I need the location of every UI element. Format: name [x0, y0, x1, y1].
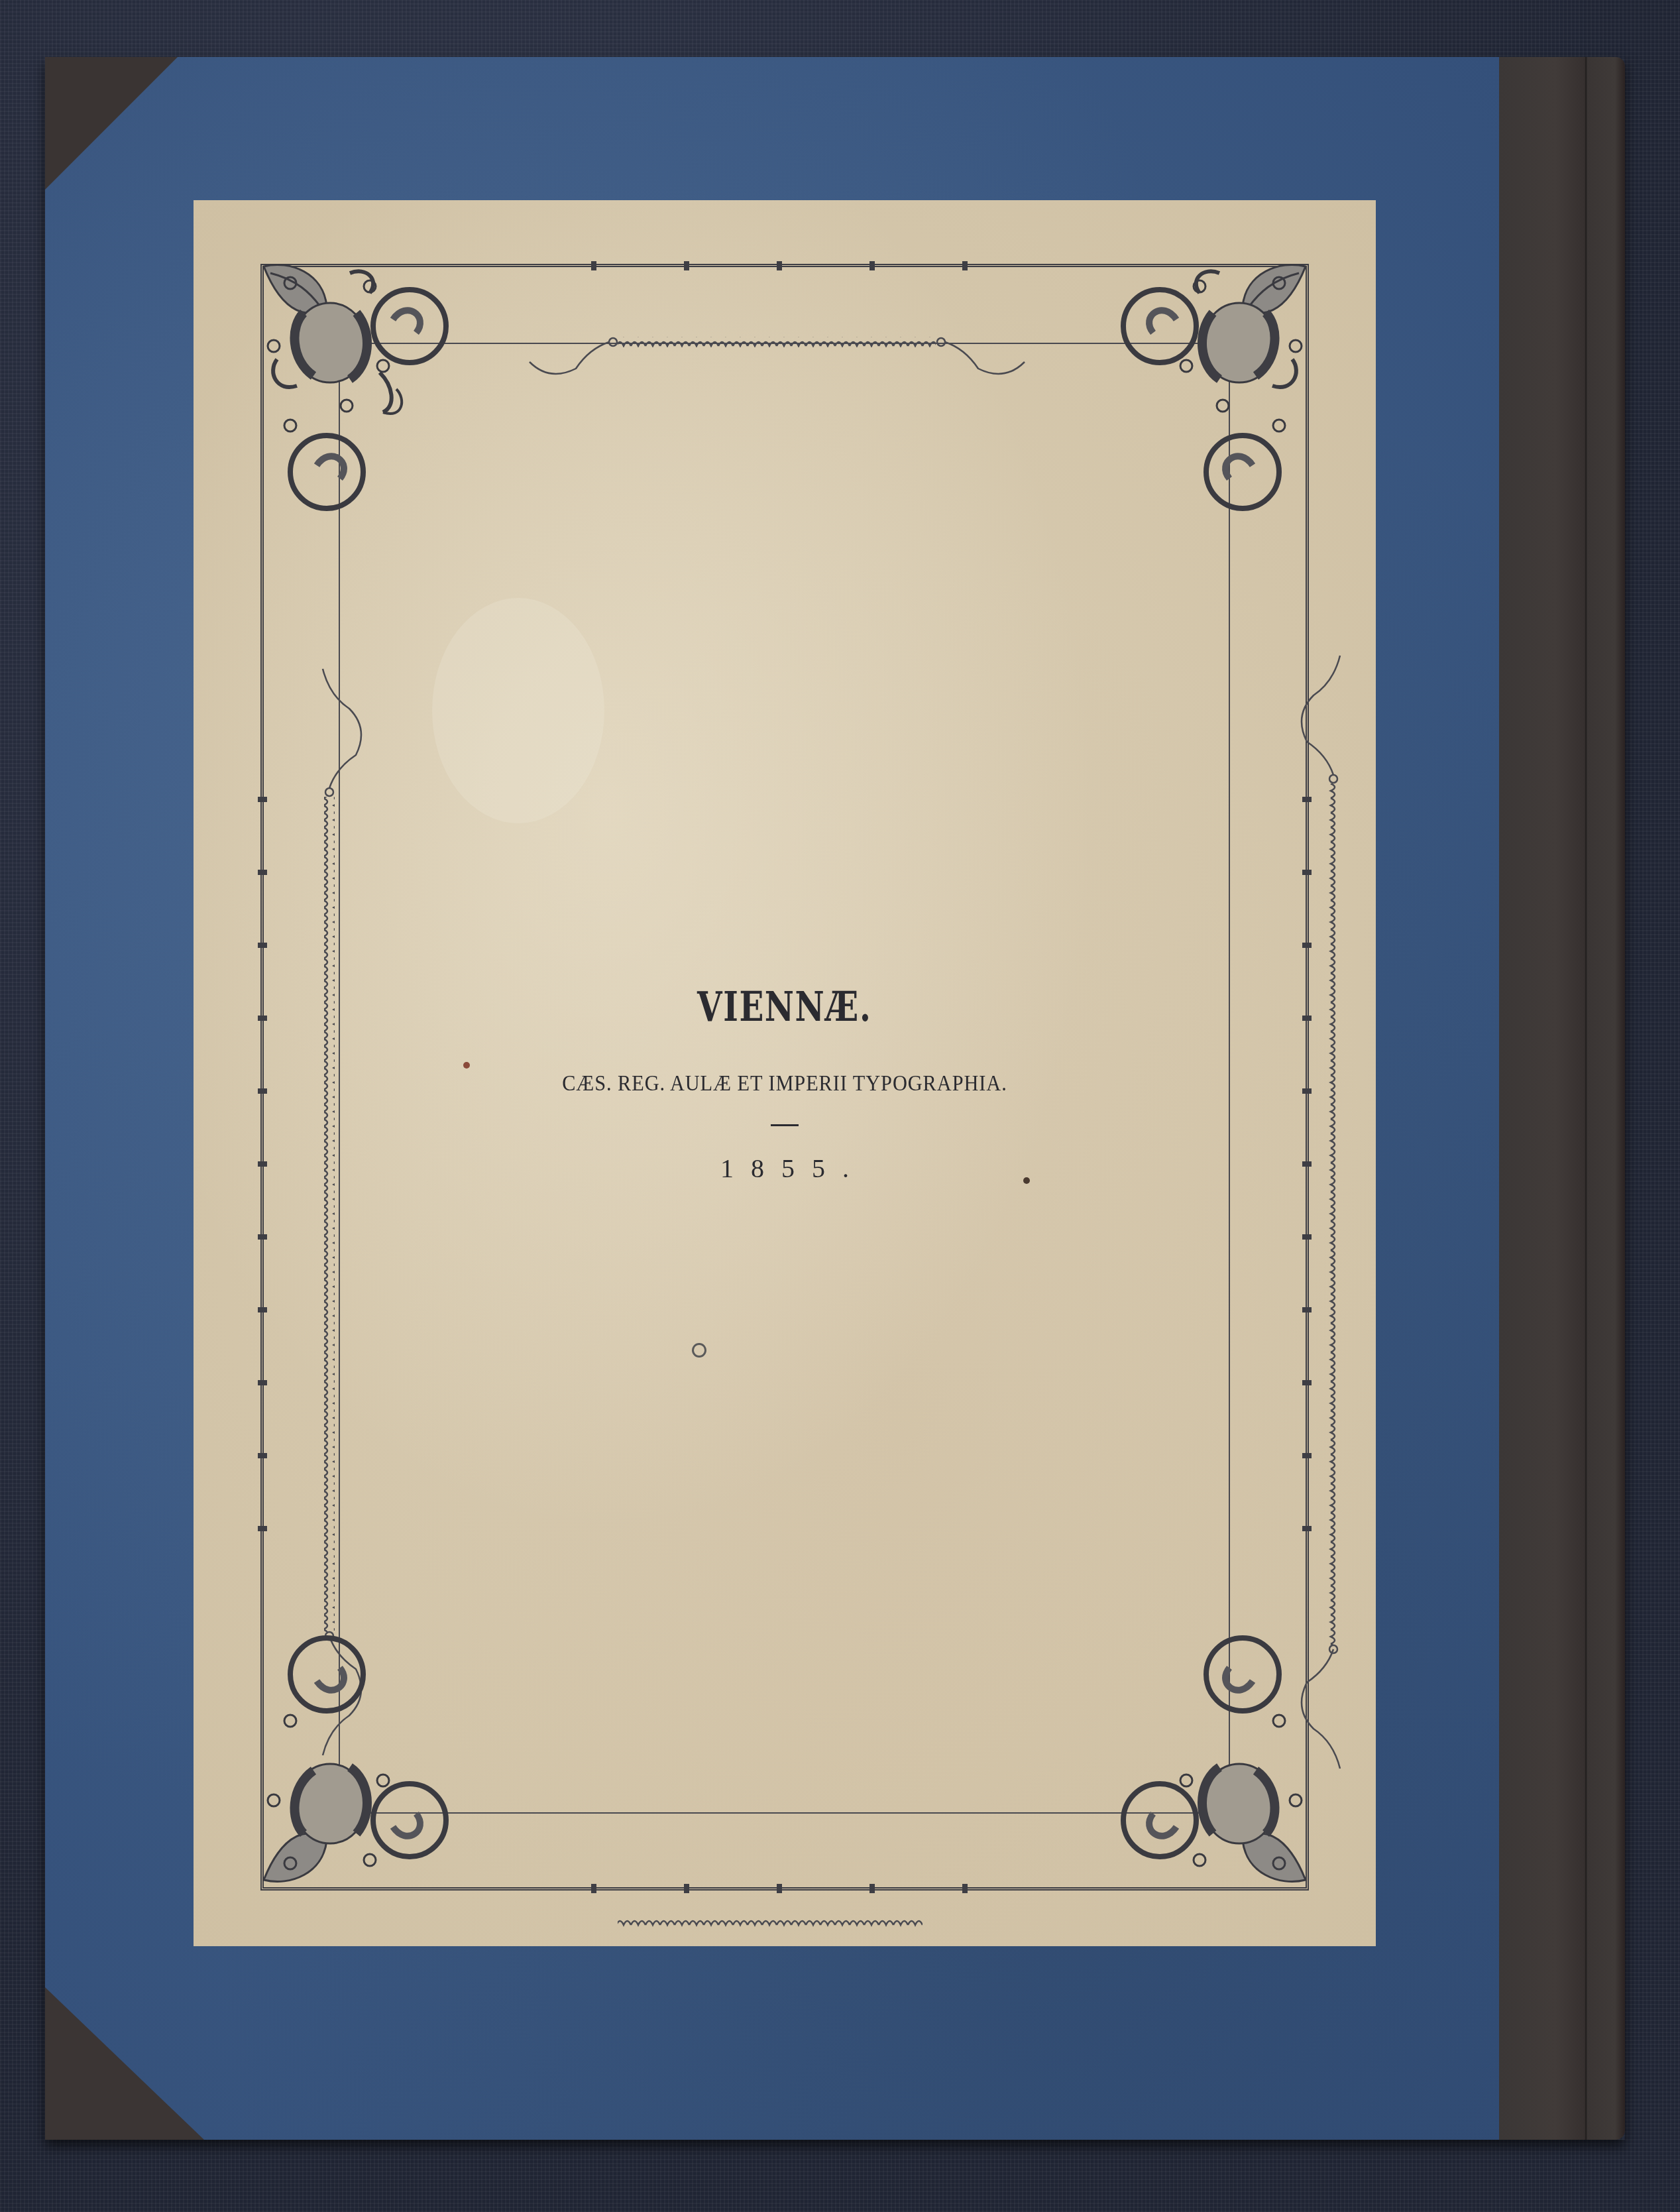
spine [1499, 57, 1625, 2140]
imprint-printer: CÆS. REG. AULÆ ET IMPERII TYPOGRAPHIA. [562, 1072, 1007, 1096]
imprint-separator [771, 1124, 799, 1126]
corner-ornament-bottom-left-icon [251, 1628, 516, 1893]
paper-label: VIENNÆ. CÆS. REG. AULÆ ET IMPERII TYPOGR… [194, 200, 1376, 1946]
corner-ornament-bottom-right-icon [1054, 1628, 1319, 1893]
back-board: VIENNÆ. CÆS. REG. AULÆ ET IMPERII TYPOGR… [45, 57, 1499, 2140]
foxing-spot [463, 1062, 470, 1069]
imprint-block: VIENNÆ. CÆS. REG. AULÆ ET IMPERII TYPOGR… [194, 982, 1376, 1184]
foxing-spot [1023, 1177, 1030, 1184]
stain [432, 598, 604, 823]
corner-ornament-top-left-icon [251, 253, 516, 518]
imprint-year: 1855. [194, 1153, 1376, 1184]
imprint-city: VIENNÆ. [697, 982, 871, 1031]
paper-ring-mark [692, 1343, 706, 1358]
corner-ornament-top-right-icon [1054, 253, 1319, 518]
corner-leather-bottom-left [45, 1987, 204, 2140]
corner-leather-top-left [45, 57, 178, 190]
book: VIENNÆ. CÆS. REG. AULÆ ET IMPERII TYPOGR… [45, 57, 1625, 2140]
